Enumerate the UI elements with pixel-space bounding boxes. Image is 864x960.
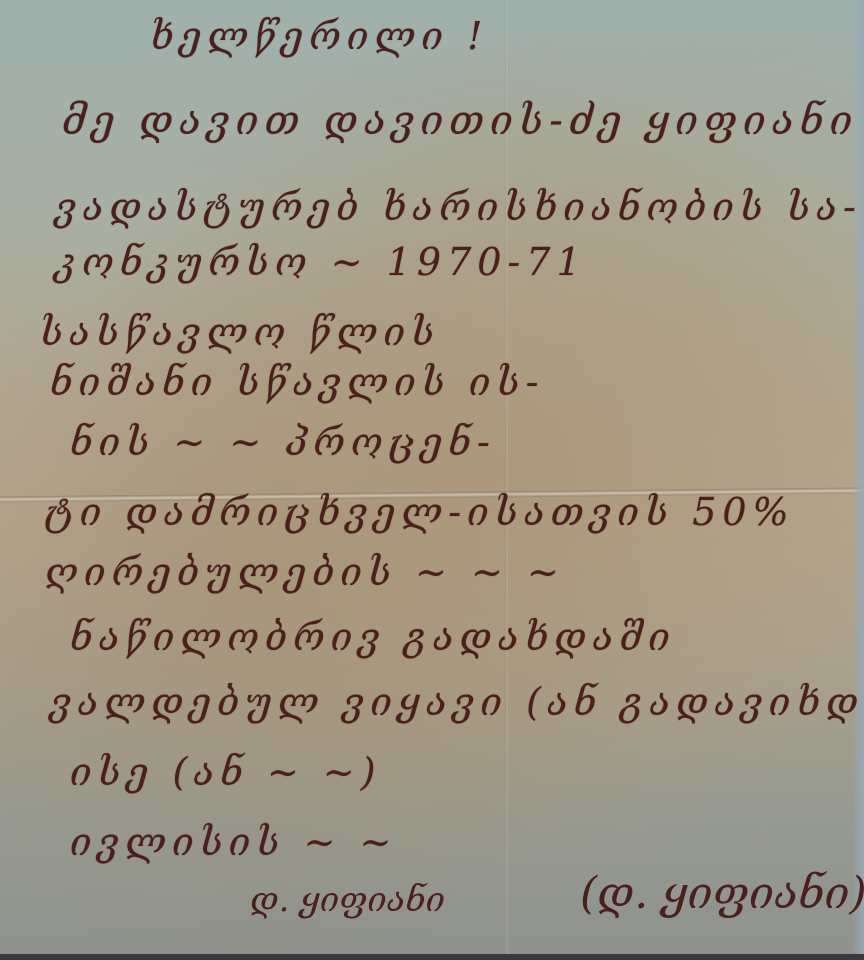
- handwritten-line-2: ვადასტურებ ხარისხიანობის სა-: [55, 185, 862, 229]
- handwritten-line-9: ნაწილობრივ გადახდაში: [70, 615, 676, 659]
- handwritten-line-10: ვალდებულ ვიყავი (ან გადავიხდი: [50, 680, 864, 724]
- handwritten-line-1: მე დავით დავითის-ძე ყიფიანი: [62, 98, 858, 144]
- handwritten-line-5: ნიშანი სწავლის ის-: [50, 360, 544, 404]
- handwritten-line-7: ტი დამრიცხველ-ისათვის 50%: [45, 490, 795, 534]
- signature-parenthetical: (დ. ყიფიანი): [580, 868, 864, 919]
- handwritten-line-6: ნის ~ ~ პროცენ-: [70, 420, 496, 464]
- fold-crease-vertical: [505, 0, 509, 960]
- page-edge: [852, 0, 864, 960]
- handwritten-line-11: ისე (ან ~ ~): [70, 750, 382, 794]
- paper-background: [0, 0, 864, 960]
- note-title: ხელწერილი !: [150, 14, 488, 58]
- photo-bottom-border: [0, 954, 864, 960]
- handwritten-line-8: ღირებულების ~ ~ ~: [45, 550, 565, 594]
- handwritten-line-3: კონკურსო ~ 1970-71: [55, 240, 587, 284]
- signature: დ. ყიფიანი: [250, 880, 445, 920]
- handwritten-line-12: ივლისის ~ ~: [70, 820, 397, 864]
- handwritten-line-4: სასწავლო წლის: [40, 310, 440, 354]
